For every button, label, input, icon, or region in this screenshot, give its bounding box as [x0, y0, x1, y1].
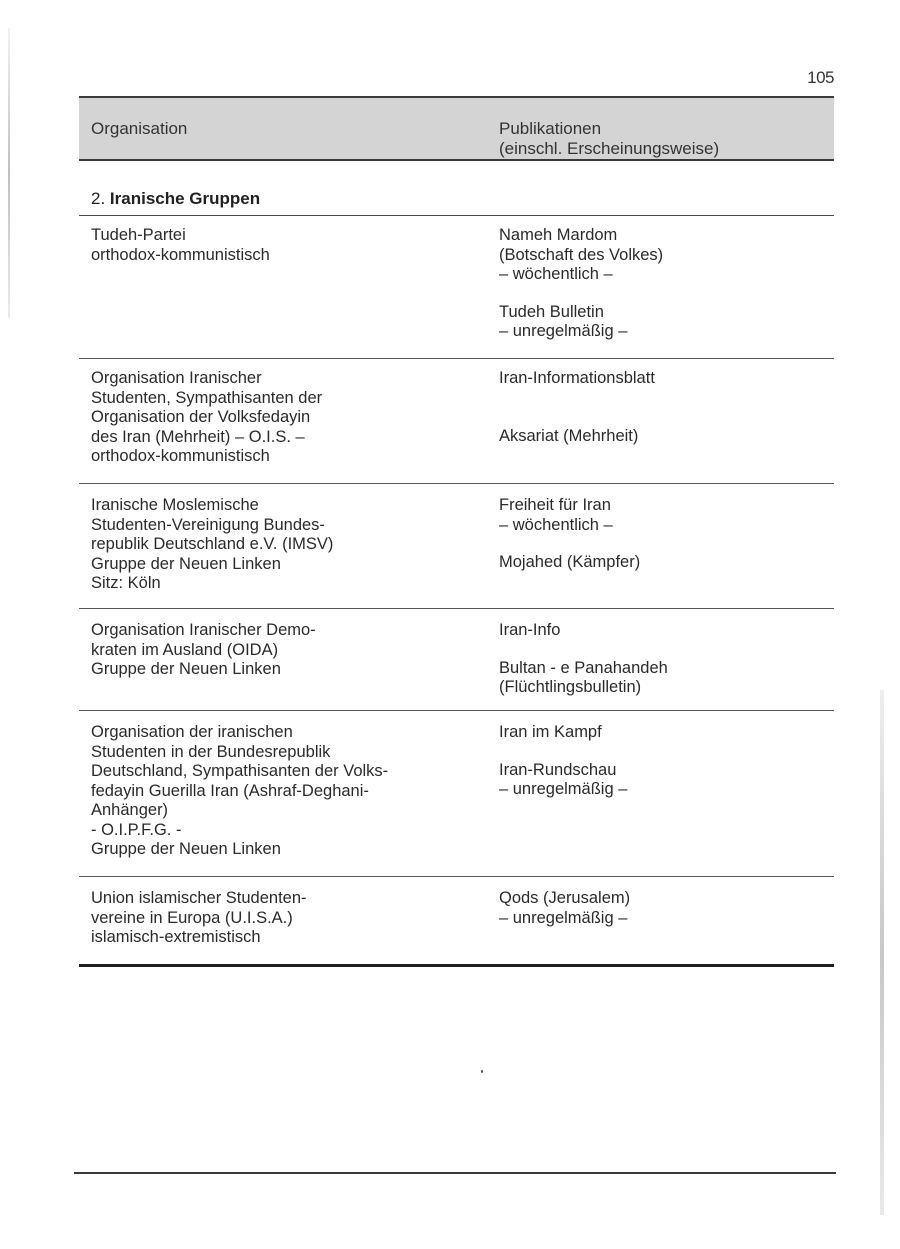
organisation-cell: Organisation Iranischer Studenten, Sympa… [91, 369, 322, 467]
header-organisation: Organisation [91, 119, 187, 139]
table-row: Organisation Iranischer Demo- kraten im … [79, 609, 834, 711]
publications-cell: Iran-Info Bultan - e Panahandeh (Flüchtl… [499, 621, 668, 698]
organisation-cell: Iranische Moslemische Studenten-Vereinig… [91, 496, 333, 594]
table-header: Organisation Publikationen (einschl. Ers… [79, 96, 834, 161]
publications-cell: Iran im Kampf Iran-Rundschau – unregelmä… [499, 723, 627, 800]
organisation-cell: Organisation der iranischen Studenten in… [91, 723, 388, 860]
publication-item: Iran im Kampf [499, 723, 627, 743]
header-publications: Publikationen (einschl. Erscheinungsweis… [499, 119, 719, 159]
publication-item: Nameh Mardom (Botschaft des Volkes) – wö… [499, 226, 663, 285]
scan-shadow-right [880, 690, 884, 1215]
table-row: Tudeh-Partei orthodox-kommunistisch Name… [79, 216, 834, 359]
publication-item: Tudeh Bulletin – unregelmäßig – [499, 303, 663, 342]
scan-speck [481, 1070, 483, 1073]
footer-rule [74, 1172, 836, 1174]
section-title: Iranische Gruppen [110, 189, 260, 208]
table-row: Organisation Iranischer Studenten, Sympa… [79, 359, 834, 484]
publications-cell: Qods (Jerusalem) – unregelmäßig – [499, 889, 630, 928]
publications-cell: Iran-Informationsblatt Aksariat (Mehrhei… [499, 369, 655, 446]
publication-item: Mojahed (Kämpfer) [499, 553, 640, 573]
organisations-table: Organisation Publikationen (einschl. Ers… [79, 96, 834, 967]
page-number: 105 [807, 68, 834, 88]
organisation-cell: Union islamischer Studenten- vereine in … [91, 889, 307, 948]
publication-item: Qods (Jerusalem) – unregelmäßig – [499, 889, 630, 928]
table-row: Iranische Moslemische Studenten-Vereinig… [79, 484, 834, 609]
publication-item: Iran-Rundschau – unregelmäßig – [499, 761, 627, 800]
publication-item: Bultan - e Panahandeh (Flüchtlingsbullet… [499, 659, 668, 698]
scan-shadow-left [8, 28, 10, 318]
section-heading: 2. Iranische Gruppen [79, 161, 834, 216]
publication-item: Freiheit für Iran – wöchentlich – [499, 496, 640, 535]
publication-item: Iran-Informationsblatt [499, 369, 655, 389]
publication-item: Iran-Info [499, 621, 668, 641]
table-row: Organisation der iranischen Studenten in… [79, 711, 834, 877]
publications-cell: Freiheit für Iran – wöchentlich – Mojahe… [499, 496, 640, 573]
organisation-cell: Tudeh-Partei orthodox-kommunistisch [91, 226, 270, 265]
organisation-cell: Organisation Iranischer Demo- kraten im … [91, 621, 316, 680]
publication-item: Aksariat (Mehrheit) [499, 427, 655, 447]
table-row: Union islamischer Studenten- vereine in … [79, 877, 834, 967]
publications-cell: Nameh Mardom (Botschaft des Volkes) – wö… [499, 226, 663, 342]
section-number: 2. [91, 189, 105, 208]
